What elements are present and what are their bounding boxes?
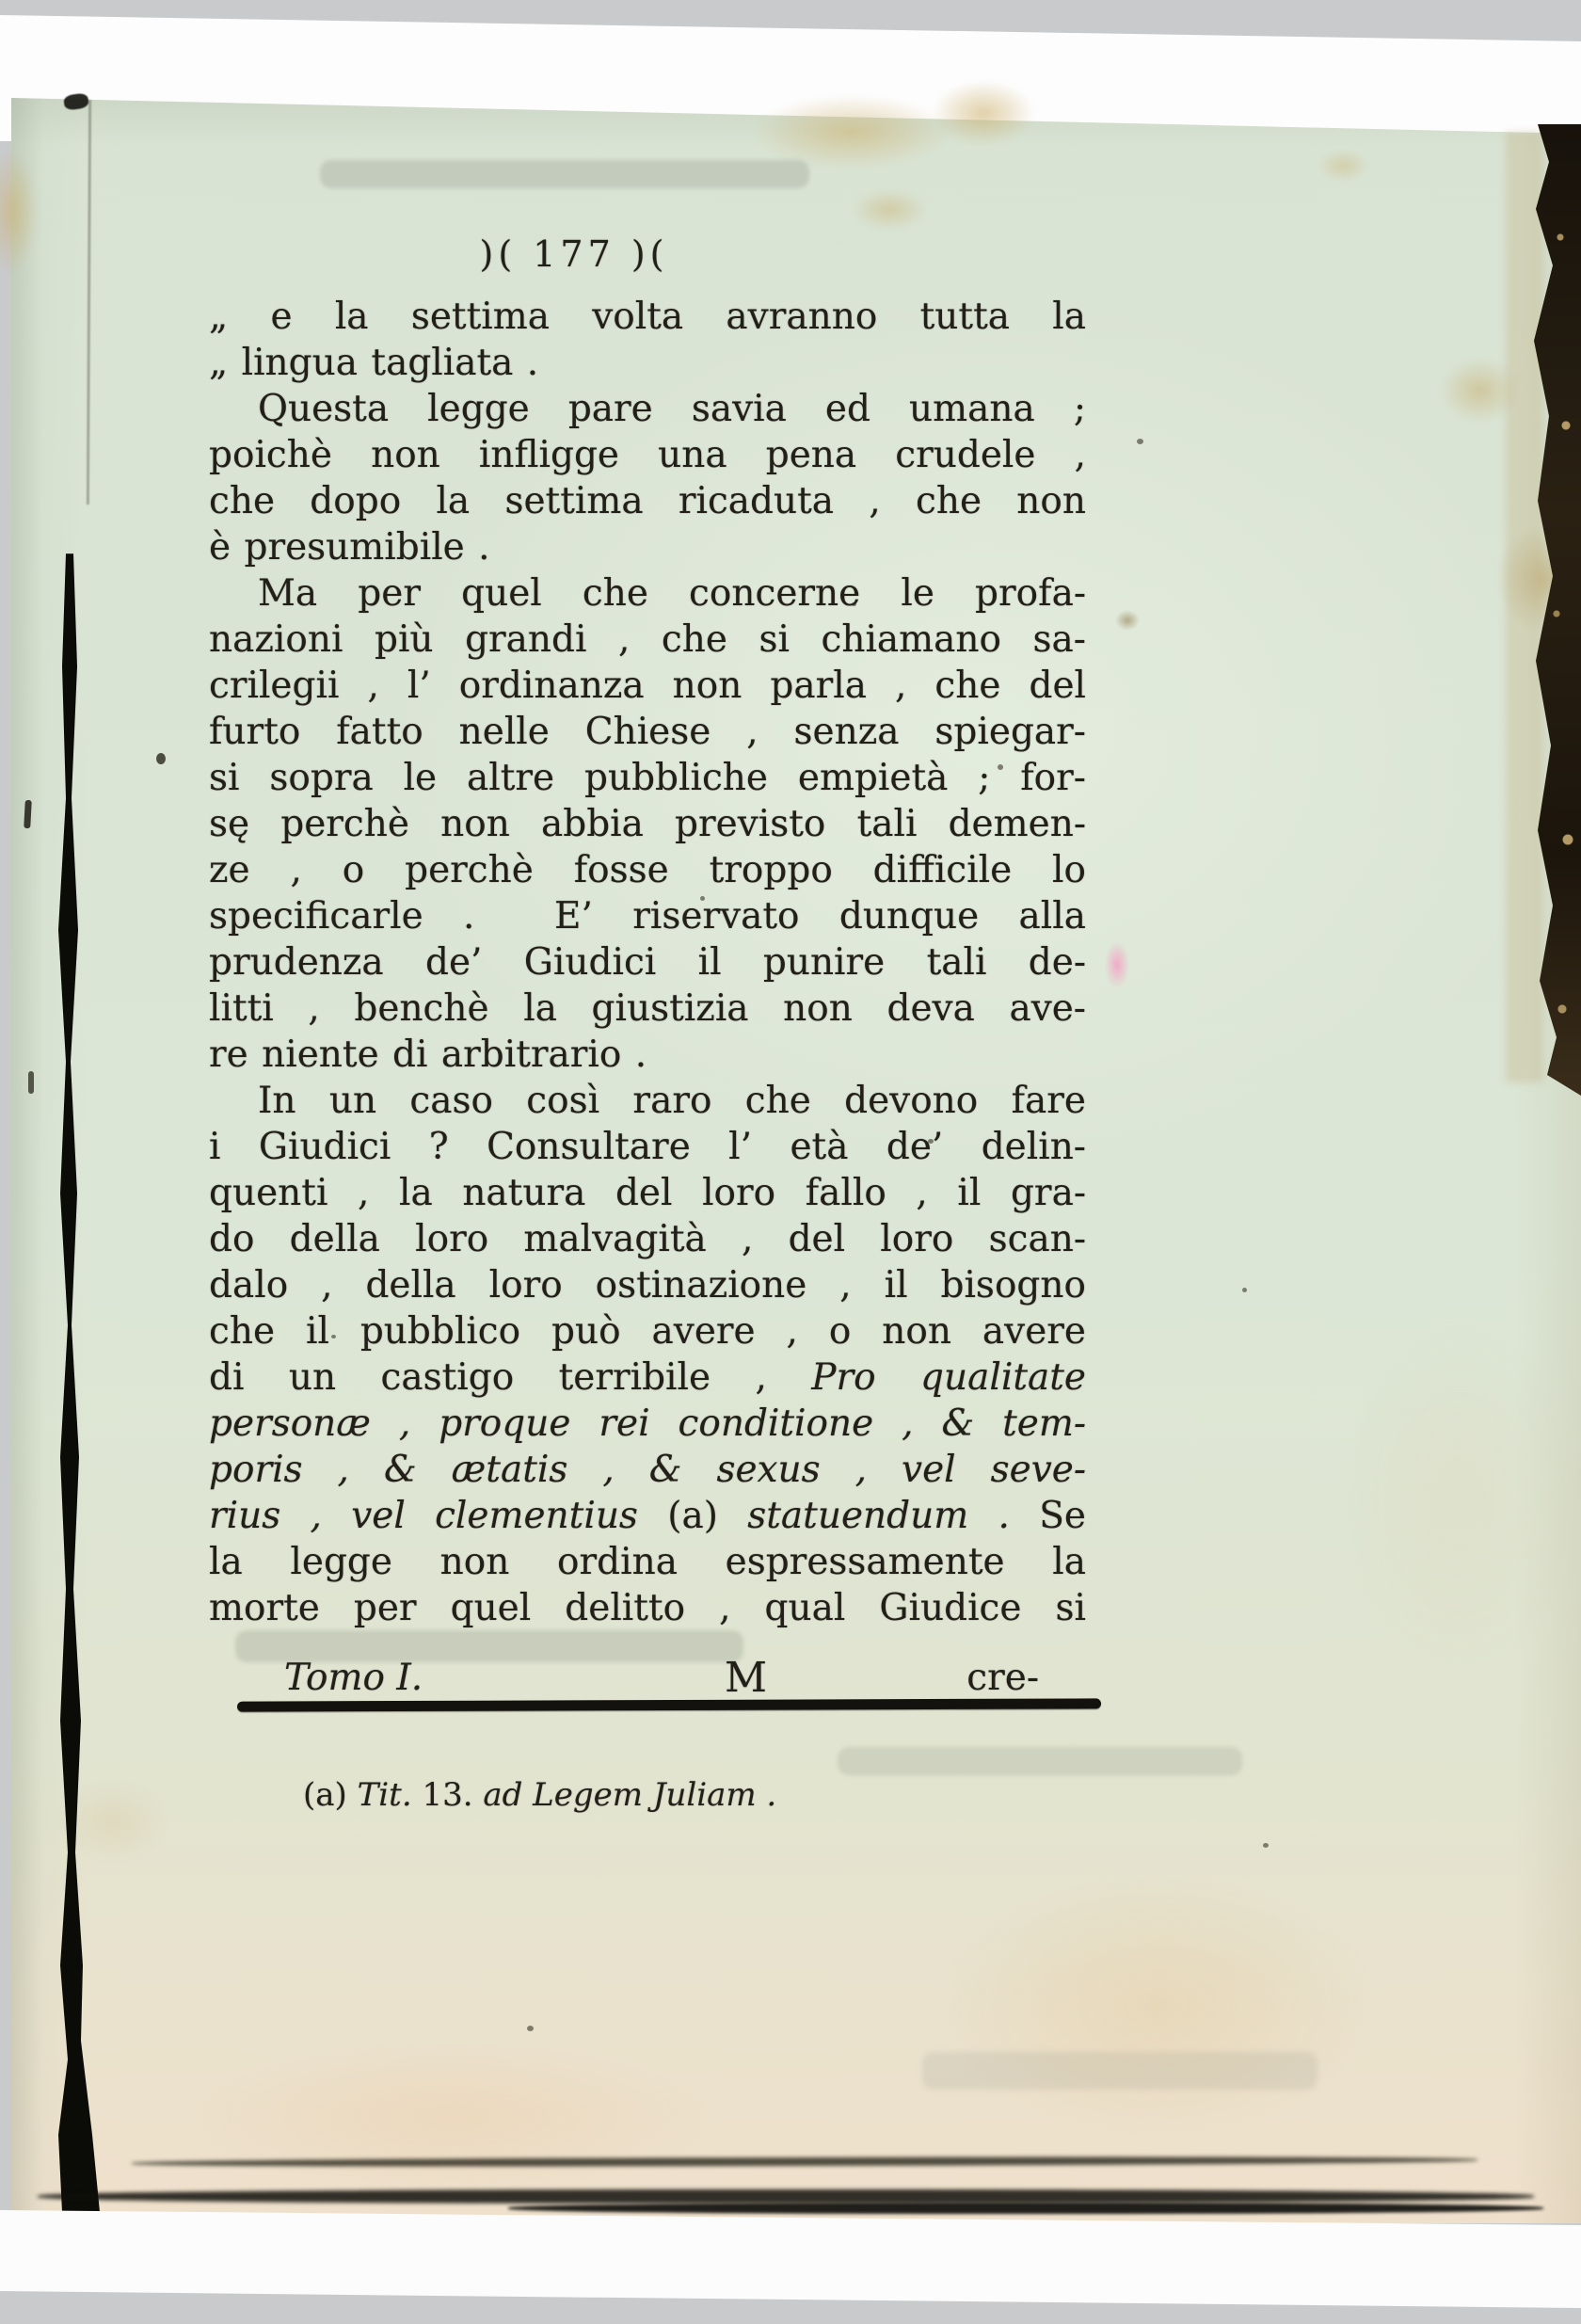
text-line: che dopo la settima ricaduta , che non [209, 478, 1086, 524]
bottom-smudge [508, 2203, 1543, 2214]
text-line: la legge non ordina espressamente la [209, 1539, 1086, 1585]
text-line: sę perchè non abbia previsto tali demen- [209, 801, 1086, 847]
body-text: „ e la settima volta avranno tutta la„ l… [209, 294, 1086, 1631]
text-line: „ lingua tagliata . [209, 340, 1086, 386]
footnote-text: (a) Tit. 13. ad Legem Juliam . [303, 1775, 981, 1815]
text-line: „ e la settima volta avranno tutta la [209, 294, 1086, 340]
tomo-label: Tomo I. [284, 1657, 423, 1699]
text-line: si sopra le altre pubbliche empietà ; fo… [209, 755, 1086, 801]
speck [1137, 439, 1143, 444]
text-line: quenti , la natura del loro fallo , il g… [209, 1170, 1086, 1216]
text-line: do della loro malvagità , del loro scan- [209, 1216, 1086, 1262]
text-line: litti , benchè la giustizia non deva ave… [209, 986, 1086, 1032]
speck [1242, 1288, 1247, 1292]
text-line: è presumibile . [209, 524, 1086, 570]
text-line: ze , o perchè fosse troppo difficile lo [209, 847, 1086, 893]
page-number-header: )( 177 )( [311, 233, 838, 275]
signature-mark: M [725, 1654, 767, 1702]
text-line: Ma per quel che concerne le profa- [209, 570, 1086, 617]
speck [527, 2026, 534, 2031]
text-line: specificarle . E’ riservato dunque alla [209, 893, 1086, 939]
text-line: di un castigo terribile , Pro qualitate [209, 1354, 1086, 1401]
text-line: personæ , proque rei conditione , & tem- [209, 1401, 1086, 1447]
text-line: prudenza de’ Giudici il punire tali de- [209, 939, 1086, 986]
text-line: poichè non infligge una pena crudele , [209, 432, 1086, 478]
text-line: crilegii , l’ ordinanza non parla , che … [209, 663, 1086, 709]
text-line: furto fatto nelle Chiese , senza spiegar… [209, 709, 1086, 755]
text-line: dalo , della loro ostinazione , il bisog… [209, 1262, 1086, 1308]
catchword: cre- [966, 1657, 1039, 1699]
text-line: nazioni più grandi , che si chiamano sa- [209, 617, 1086, 663]
bottom-smudge [38, 2189, 1534, 2204]
text-line: In un caso così raro che devono fare [209, 1078, 1086, 1124]
text-line: poris , & ætatis , & sexus , vel seve- [209, 1447, 1086, 1493]
book-page-scan: )( 177 )( „ e la settima volta avranno t… [0, 0, 1581, 2324]
text-line: rius , vel clementius (a) statuendum . S… [209, 1493, 1086, 1539]
text-line: i Giudici ? Consultare l’ età de’ delin- [209, 1124, 1086, 1170]
text-line: Questa legge pare savia ed umana ; [209, 386, 1086, 432]
text-line: morte per quel delitto , qual Giudice si [209, 1585, 1086, 1631]
speck [1263, 1843, 1269, 1848]
text-line: re niente di arbitrario . [209, 1032, 1086, 1078]
catchword-line: Tomo I. M cre- [209, 1657, 1086, 1704]
text-line: che il pubblico può avere , o non avere [209, 1308, 1086, 1354]
